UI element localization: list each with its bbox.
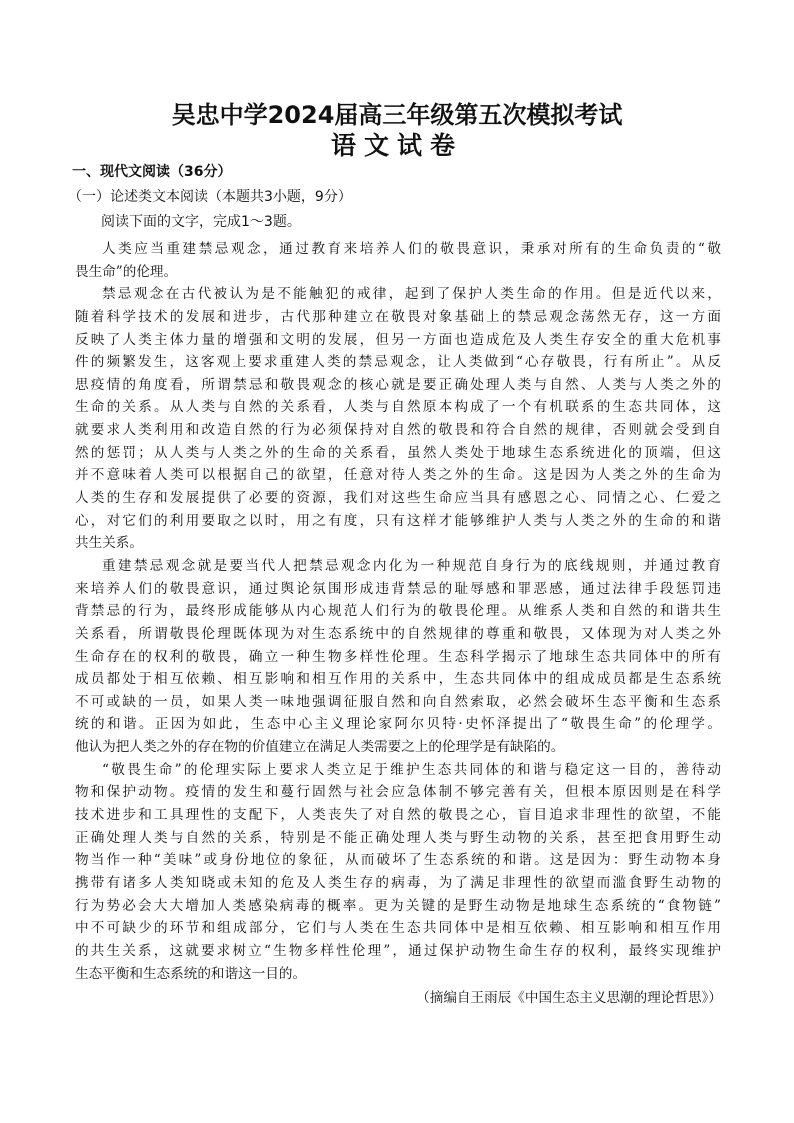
passage-line: 生命的关系。从人类与自然的关系看，人类与自然原本构成了一个有机联系的生态共同体，… [75, 396, 721, 419]
passage-line: 正确处理人类与自然的关系，特别是不能正确处理人类与野生动物的关系，甚至把食用野生… [75, 827, 721, 850]
passage-source: （摘编自王雨辰《中国生态主义思潮的理论哲思》） [416, 987, 722, 1009]
exam-title: 吴忠中学2024届高三年级第五次模拟考试 [0, 100, 794, 130]
exam-subtitle: 语文试卷 [0, 131, 794, 161]
passage-line: 然的惩罚；从人类与人类之外的生命的关系看，虽然人类处于地球生态系统进化的顶端，但… [75, 442, 721, 465]
passage-line: 背禁忌的行为，最终形成能够从内心规范人们行为的敬畏伦理。从维系人类和自然的和谐共… [75, 600, 721, 623]
passage-line: 行为势必会大大增加人类感染病毒的概率。更为关键的是野生动物是地球生态系统的“食物… [75, 895, 721, 918]
passage-line: “敬畏生命”的伦理实际上要求人类立足于维护生态共同体的和谐与稳定这一目的，善待动 [75, 759, 721, 782]
passage-line: 技术进步和工具理性的支配下，人类丧失了对自然的敬畏之心，盲目追求非理性的欲望，不… [75, 804, 721, 827]
reading-instruction: 阅读下面的文字，完成1～3题。 [101, 212, 301, 232]
passage-line: 携带有诸多人类知晓或未知的危及人类生存的病毒，为了满足非理性的欲望而滥食野生动物… [75, 872, 721, 895]
passage-line: 禁忌观念在古代被认为是不能触犯的戒律，起到了保护人类生命的作用。但是近代以来， [75, 283, 721, 306]
passage-line: 不可或缺的一员，如果人类一味地强调征服自然和向自然索取，必然会破坏生态平衡和生态… [75, 691, 721, 714]
passage-line: 中不可缺少的环节和组成部分，它们与人类在生态共同体中是相互依赖、相互影响和相互作… [75, 917, 721, 940]
passage-line: 并不意味着人类可以根据自己的欲望，任意对待人类之外的生命。这是因为人类之外的生命… [75, 464, 721, 487]
subsection-heading: （一）论述类文本阅读（本题共3小题，9分） [68, 187, 352, 207]
passage-body: 人类应当重建禁忌观念，通过教育来培养人们的敬畏意识，秉承对所有的生命负责的“敬畏… [75, 238, 721, 985]
passage-line: 心，对它们的利用要取之以时，用之有度，只有这样才能够维护人类与人类之外的生命的和… [75, 510, 721, 533]
passage-line: 共生关系。 [75, 532, 721, 555]
passage-line: 统的和谐。正因为如此，生态中心主义理论家阿尔贝特·史怀泽提出了“敬畏生命”的伦理… [75, 713, 721, 736]
passage-line: 重建禁忌观念就是要当代人把禁忌观念内化为一种规范自身行为的底线规则，并通过教育 [75, 555, 721, 578]
passage-line: 就要求人类利用和改造自然的行为必须保持对自然的敬畏和符合自然的规律，否则就会受到… [75, 419, 721, 442]
passage-line: 的共生关系，这就要求树立“生物多样性伦理”，通过保护动物生命生存的权利，最终实现… [75, 940, 721, 963]
exam-page: 吴忠中学2024届高三年级第五次模拟考试 语文试卷 一、现代文阅读（36分） （… [0, 0, 794, 1123]
passage-line: 思疫情的角度看，所谓禁忌和敬畏观念的核心就是要正确处理人类与自然、人类与人类之外… [75, 374, 721, 397]
passage-line: 成员都处于相互依赖、相互影响和相互作用的关系中，生态共同体中的组成成员都是生态系… [75, 668, 721, 691]
passage-line: 随着科学技术的发展和进步，古代那种建立在敬畏对象基础上的禁忌观念荡然无存，这一方… [75, 306, 721, 329]
passage-line: 件的频繁发生，这客观上要求重建人类的禁忌观念，让人类做到“心存敬畏，行有所止”。… [75, 351, 721, 374]
passage-line: 生态平衡和生态系统的和谐这一目的。 [75, 963, 721, 986]
passage-line: 物和保护动物。疫情的发生和蔓行固然与社会应急体制不够完善有关，但根本原因则是在科… [75, 781, 721, 804]
passage-line: 关系看，所谓敬畏伦理既体现为对生态系统中的自然规律的尊重和敬畏，又体现为对人类之… [75, 623, 721, 646]
section-heading: 一、现代文阅读（36分） [72, 162, 231, 182]
passage-line: 畏生命”的伦理。 [75, 261, 721, 284]
passage-line: 反映了人类主体力量的增强和文明的发展，但另一方面也造成危及人类生存安全的重大危机… [75, 329, 721, 352]
passage-line: 他认为把人类之外的存在物的价值建立在满足人类需要之上的伦理学是有缺陷的。 [75, 736, 721, 759]
passage-line: 物当作一种“美味”或身份地位的象征，从而破坏了生态系统的和谐。这是因为：野生动物… [75, 849, 721, 872]
passage-line: 来培养人们的敬畏意识，通过舆论氛围形成违背禁忌的耻辱感和罪恶感，通过法律手段惩罚… [75, 578, 721, 601]
passage-line: 人类的生存和发展提供了必要的资源，我们对这些生命应当具有感恩之心、同情之心、仁爱… [75, 487, 721, 510]
passage-line: 人类应当重建禁忌观念，通过教育来培养人们的敬畏意识，秉承对所有的生命负责的“敬 [75, 238, 721, 261]
passage-line: 生命存在的权利的敬畏，确立一种生物多样性伦理。生态科学揭示了地球生态共同体中的所… [75, 646, 721, 669]
